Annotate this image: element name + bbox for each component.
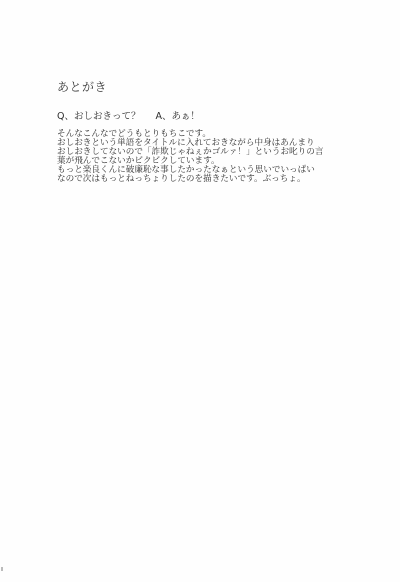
afterword-body: そんなこんなでどうもとりもちこです。 おしおきという単語をタイトルに入れておきな… [57, 130, 357, 184]
qa-line: Q、おしおきって？ A、あぁ！ [57, 111, 200, 123]
answer-text: A、あぁ！ [156, 111, 200, 122]
document-page: あとがき Q、おしおきって？ A、あぁ！ そんなこんなでどうもとりもちこです。 … [0, 0, 400, 582]
scan-artifact [1, 567, 3, 571]
body-line: なので次はもっとねっちょりしたのを描きたいです。ぶっちょ。 [57, 175, 357, 184]
page-title: あとがき [57, 80, 107, 94]
question-text: Q、おしおきって？ [57, 111, 140, 122]
